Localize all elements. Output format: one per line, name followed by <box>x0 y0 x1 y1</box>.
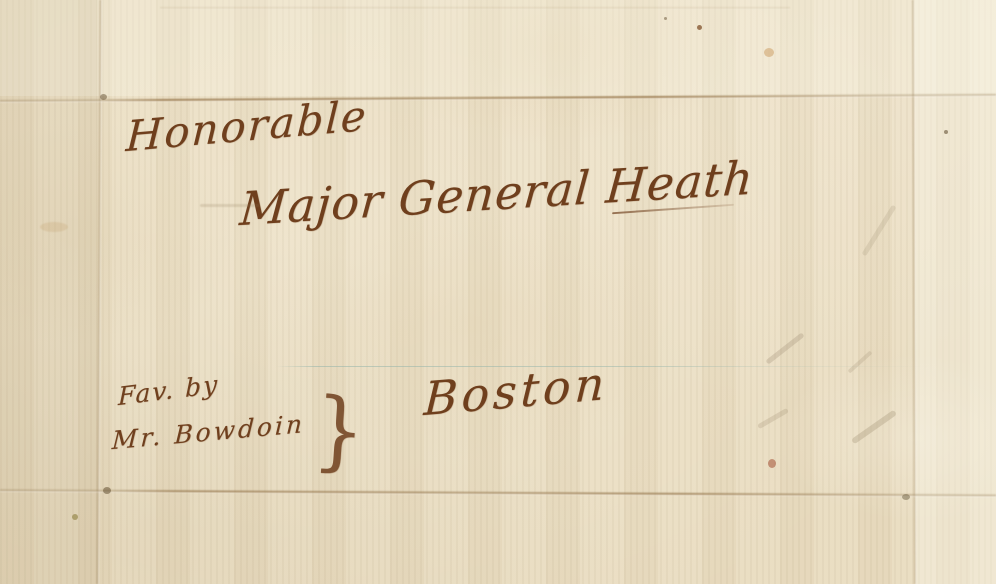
pencil-mark <box>757 408 789 429</box>
letter-scan: Honorable Major General Heath Boston Fav… <box>0 0 996 584</box>
endorsement-line-1: Fav. by <box>118 369 219 411</box>
fold-crease-bottom-soiling <box>110 490 920 496</box>
fold-panel-left-shading <box>0 0 97 584</box>
endorsement-brace: } <box>310 378 368 482</box>
pencil-mark <box>848 350 873 373</box>
fold-panel-top-shading <box>0 0 996 96</box>
pencil-mark <box>765 332 804 364</box>
faint-scratch-line <box>276 366 931 367</box>
fold-panel-right-shading <box>915 0 996 584</box>
ink-smudge <box>200 204 260 207</box>
endorsement-line-2: Mr. Bowdoin <box>111 409 305 455</box>
pencil-mark <box>851 410 897 445</box>
pen-flourish <box>612 204 734 215</box>
pencil-mark <box>862 205 897 257</box>
foxing-spot <box>768 459 776 468</box>
address-honorific: Honorable <box>125 91 369 162</box>
address-recipient: Major General Heath <box>238 150 756 236</box>
